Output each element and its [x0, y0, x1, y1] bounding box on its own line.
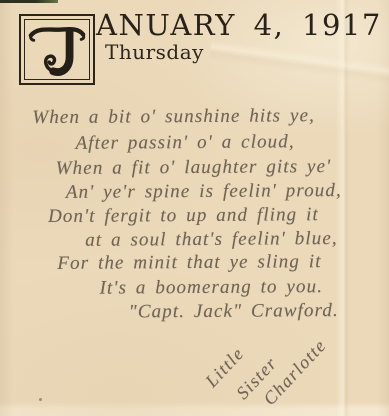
- poem-line: When a bit o' sunshine hits ye,: [32, 105, 315, 129]
- poem-attribution: "Capt. Jack" Crawford.: [129, 300, 339, 323]
- poem-line: For the minit that ye sling it: [57, 251, 321, 275]
- diary-page: J ANUARY 4, 1917 Thursday When a bit o' …: [0, 0, 389, 416]
- poem-line: at a soul that's feelin' blue,: [85, 228, 338, 252]
- poem-line: When a fit o' laughter gits ye': [56, 156, 332, 180]
- poem-line: It's a boomerang to you.: [99, 276, 323, 300]
- poem-line: Don't fergit to up and fling it: [48, 204, 319, 228]
- poem-line: An' ye'r spine is feelin' proud,: [66, 180, 342, 204]
- poem-line: After passin' o' a cloud,: [75, 131, 294, 155]
- handwritten-poem: When a bit o' sunshine hits ye, After pa…: [0, 0, 389, 416]
